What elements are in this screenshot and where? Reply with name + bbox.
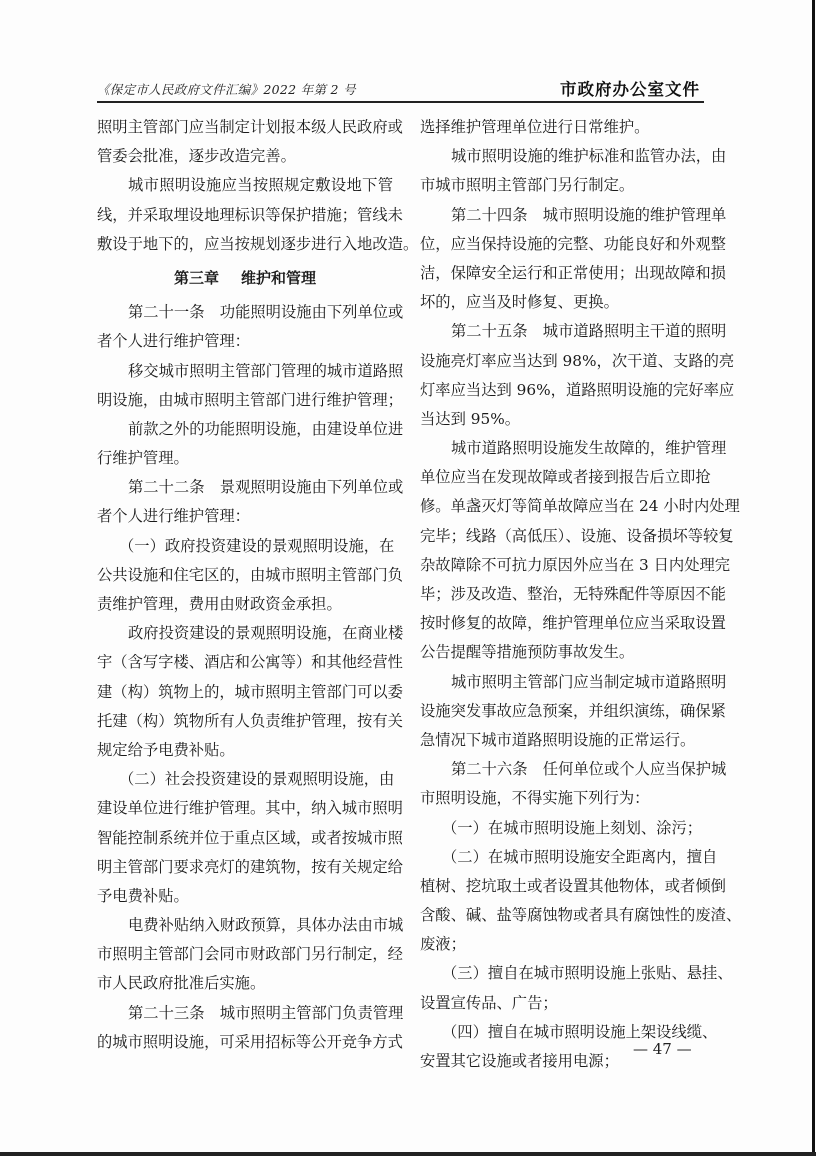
text-line: 电费补贴纳入财政预算，具体办法由市城 bbox=[97, 911, 393, 940]
text-line: 单位应当在发现故障或者接到报告后立即抢 bbox=[420, 463, 707, 492]
text-line: 完毕；线路（高低压）、设施、设备损坏等较复 bbox=[420, 522, 707, 551]
scan-edge-right bbox=[812, 0, 815, 1156]
text-line: 政府投资建设的景观照明设施，在商业楼 bbox=[97, 619, 393, 648]
scan-edge-bottom bbox=[0, 1152, 816, 1156]
text-line: 前款之外的功能照明设施，由建设单位进 bbox=[97, 415, 393, 444]
text-line: 市城市照明主管部门另行制定。 bbox=[420, 171, 707, 200]
text-line: 按时修复的故障，维护管理单位应当采取设置 bbox=[420, 609, 707, 638]
text-line: 设施突发事故应急预案，并组织演练，确保紧 bbox=[420, 697, 707, 726]
chapter-heading: 第三章维护和管理 bbox=[97, 264, 393, 293]
text-line: 位，应当保持设施的完整、功能良好和外观整 bbox=[420, 230, 707, 259]
text-line: 责维护管理，费用由财政资金承担。 bbox=[97, 590, 393, 619]
text-line: （二）在城市照明设施安全距离内，擅自 bbox=[420, 843, 707, 872]
text-line: 废液； bbox=[420, 930, 707, 959]
text-line: 第二十五条 城市道路照明主干道的照明 bbox=[420, 317, 707, 346]
text-line: 建（构）筑物上的，城市照明主管部门可以委 bbox=[97, 678, 393, 707]
chapter-title: 维护和管理 bbox=[241, 269, 316, 287]
text-line: 第二十三条 城市照明主管部门负责管理 bbox=[97, 999, 393, 1028]
text-line: 规定给予电费补贴。 bbox=[97, 736, 393, 765]
text-line: 含酸、碱、盐等腐蚀物或者具有腐蚀性的废渣、 bbox=[420, 901, 707, 930]
text-line: 照明主管部门应当制定计划报本级人民政府或 bbox=[97, 113, 393, 142]
text-line: 托建（构）筑物所有人负责维护管理，按有关 bbox=[97, 707, 393, 736]
text-line: 城市照明设施应当按照规定敷设地下管 bbox=[97, 171, 393, 200]
text-line: 设施亮灯率应当达到 98%，次干道、支路的亮 bbox=[420, 347, 707, 376]
text-line: 智能控制系统并位于重点区域，或者按城市照 bbox=[97, 824, 393, 853]
text-line: 修。单盏灭灯等简单故障应当在 24 小时内处理 bbox=[420, 492, 707, 521]
running-header: 《保定市人民政府文件汇编》2022 年第 2 号 市政府办公室文件 bbox=[97, 76, 702, 100]
text-line: 市照明设施，不得实施下列行为： bbox=[420, 784, 707, 813]
text-line: 当达到 95%。 bbox=[420, 405, 707, 434]
text-line: （一）在城市照明设施上刻划、涂污； bbox=[420, 814, 707, 843]
text-line: 管委会批准，逐步改造完善。 bbox=[97, 142, 393, 171]
text-line: 灯率应当达到 96%，道路照明设施的完好率应 bbox=[420, 376, 707, 405]
chapter-number: 第三章 bbox=[174, 269, 219, 287]
text-line: 毕；涉及改造、整治，无特殊配件等原因不能 bbox=[420, 580, 707, 609]
text-line: 洁，保障安全运行和正常使用；出现故障和损 bbox=[420, 259, 707, 288]
right-column: 选择维护管理单位进行日常维护。城市照明设施的维护标准和监管办法，由市城市照明主管… bbox=[420, 113, 707, 1076]
text-line: 设置宣传品、广告； bbox=[420, 989, 707, 1018]
text-line: 坏的，应当及时修复、更换。 bbox=[420, 288, 707, 317]
text-line: 第二十四条 城市照明设施的维护管理单 bbox=[420, 201, 707, 230]
header-rule bbox=[97, 101, 704, 103]
text-line: 城市照明设施的维护标准和监管办法，由 bbox=[420, 142, 707, 171]
page-number: — 47 — bbox=[633, 1040, 692, 1058]
text-line: 建设单位进行维护管理。其中，纳入城市照明 bbox=[97, 794, 393, 823]
text-line: 选择维护管理单位进行日常维护。 bbox=[420, 113, 707, 142]
text-line: 线，并采取埋设地理标识等保护措施；管线未 bbox=[97, 201, 393, 230]
text-line: 宇（含写字楼、酒店和公寓等）和其他经营性 bbox=[97, 648, 393, 677]
text-line: 杂故障除不可抗力原因外应当在 3 日内处理完 bbox=[420, 551, 707, 580]
text-line: 第二十六条 任何单位或个人应当保护城 bbox=[420, 755, 707, 784]
text-line: 明主管部门要求亮灯的建筑物，按有关规定给 bbox=[97, 853, 393, 882]
text-line: 移交城市照明主管部门管理的城市道路照 bbox=[97, 357, 393, 386]
text-line: 敷设于地下的，应当按规划逐步进行入地改造。 bbox=[97, 230, 393, 259]
text-line: 公共设施和住宅区的，由城市照明主管部门负 bbox=[97, 561, 393, 590]
text-line: 行维护管理。 bbox=[97, 444, 393, 473]
text-line: 者个人进行维护管理： bbox=[97, 327, 393, 356]
text-line: 者个人进行维护管理： bbox=[97, 502, 393, 531]
text-line: 植树、挖坑取土或者设置其他物体，或者倾倒 bbox=[420, 872, 707, 901]
text-line: （三）擅自在城市照明设施上张贴、悬挂、 bbox=[420, 959, 707, 988]
publication-title: 《保定市人民政府文件汇编》2022 年第 2 号 bbox=[97, 80, 356, 98]
left-column: 照明主管部门应当制定计划报本级人民政府或管委会批准，逐步改造完善。城市照明设施应… bbox=[97, 113, 393, 1057]
text-line: 市人民政府批准后实施。 bbox=[97, 969, 393, 998]
text-line: （一）政府投资建设的景观照明设施，在 bbox=[97, 532, 393, 561]
text-line: 急情况下城市道路照明设施的正常运行。 bbox=[420, 726, 707, 755]
text-line: 第二十二条 景观照明设施由下列单位或 bbox=[97, 473, 393, 502]
text-line: 明设施，由城市照明主管部门进行维护管理； bbox=[97, 386, 393, 415]
text-line: 市照明主管部门会同市财政部门另行制定，经 bbox=[97, 940, 393, 969]
text-line: 公告提醒等措施预防事故发生。 bbox=[420, 638, 707, 667]
text-line: 予电费补贴。 bbox=[97, 882, 393, 911]
text-line: 第二十一条 功能照明设施由下列单位或 bbox=[97, 298, 393, 327]
text-line: （二）社会投资建设的景观照明设施，由 bbox=[97, 765, 393, 794]
text-line: 城市道路照明设施发生故障的，维护管理 bbox=[420, 434, 707, 463]
text-line: 城市照明主管部门应当制定城市道路照明 bbox=[420, 668, 707, 697]
text-line: 的城市照明设施，可采用招标等公开竞争方式 bbox=[97, 1028, 393, 1057]
section-title: 市政府办公室文件 bbox=[560, 76, 700, 100]
